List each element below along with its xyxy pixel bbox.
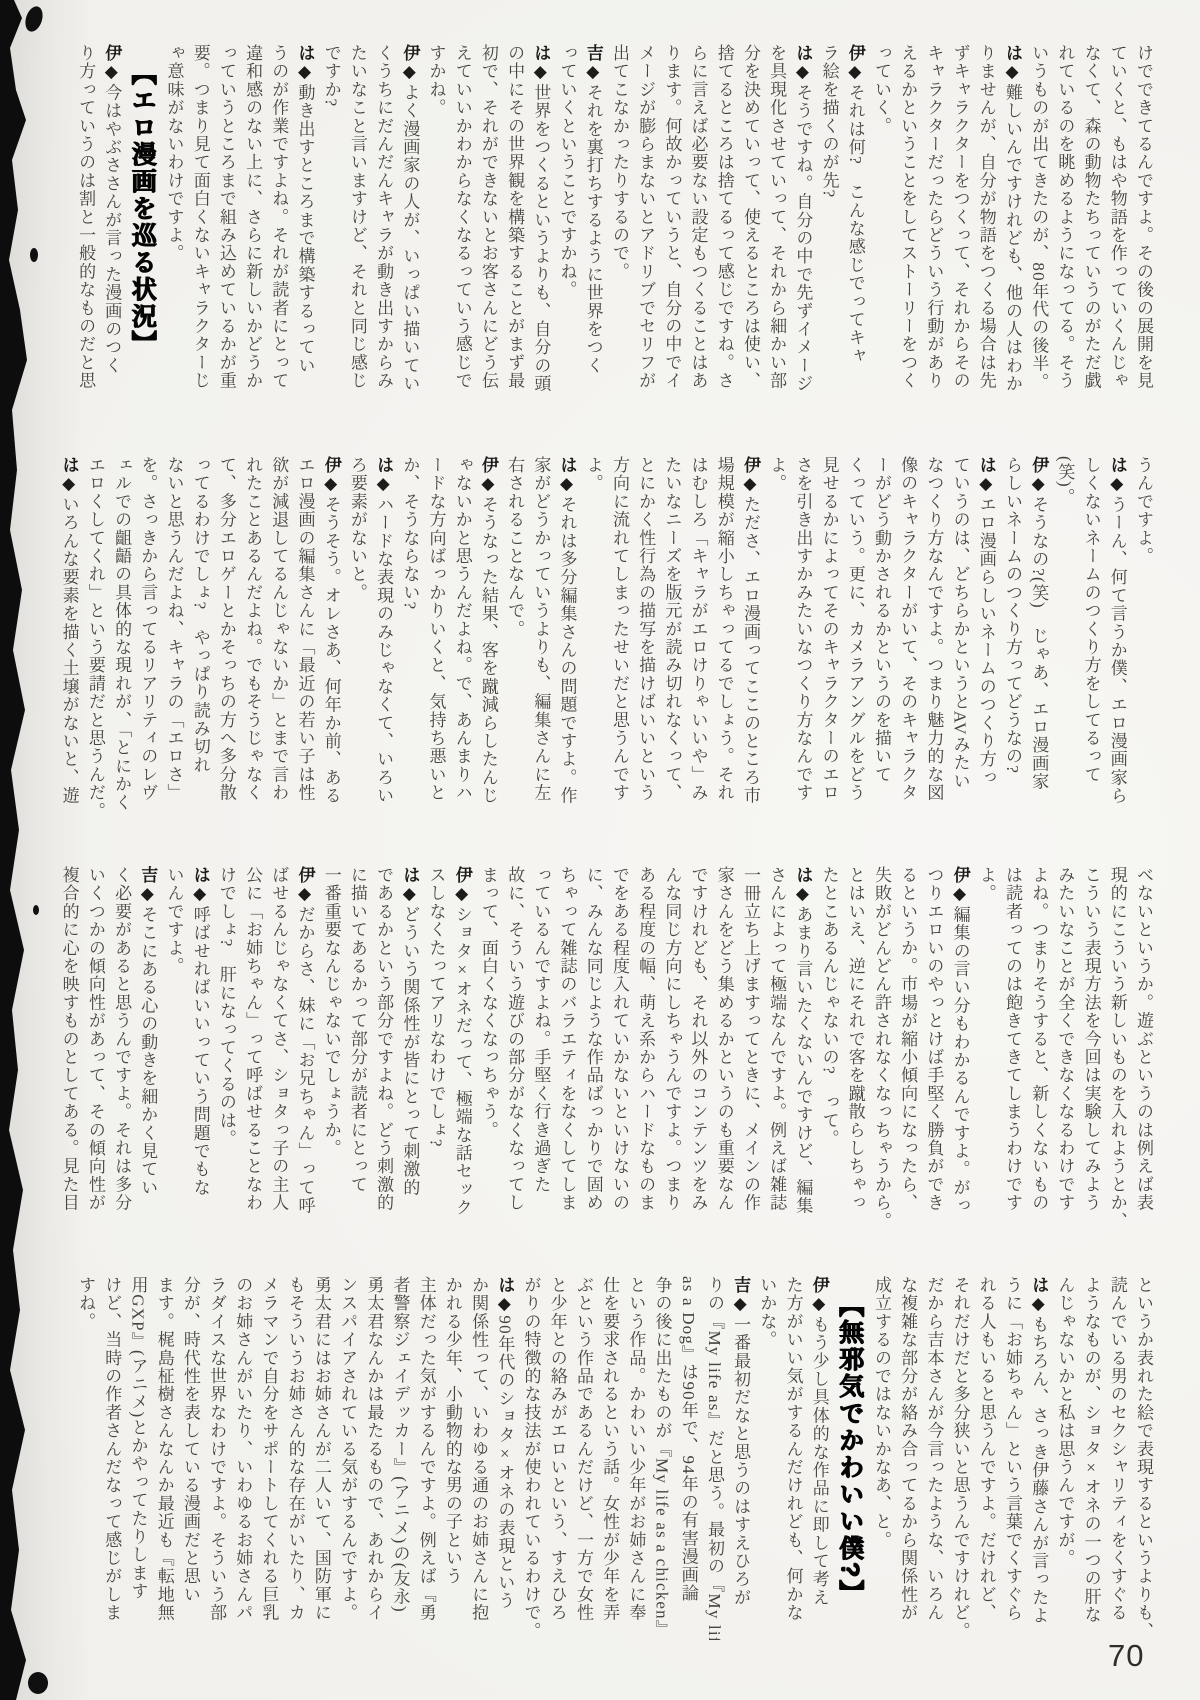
speaker-marker: 伊◆ <box>951 866 970 905</box>
interview-text-band-3: べないというか。遊ぶというのは例えば表現的にこういう新しいものを入れようとか、こ… <box>54 866 1156 1244</box>
text-column: いうものが出てきたのが、80年代の後半。 <box>1025 44 1051 430</box>
text-column: 故に、そういう遊びの部分がなくなってし <box>501 866 527 1244</box>
text-column: 捨てるところは捨てるって感じですね。さ <box>711 44 737 430</box>
text-column: ンスパイアされている気がするんですよ。 <box>334 1276 360 1640</box>
text-column: メラマンで自分をサポートしてくれる巨乳 <box>255 1276 281 1640</box>
text-column: っていくということですかね。 <box>553 44 579 430</box>
page-number: 70 <box>1108 1638 1144 1674</box>
text-column: に、みんな同じような作品ばっかりで固め <box>580 866 606 1244</box>
speaker-marker: 伊◆ <box>846 44 865 83</box>
text-column: エロ漫画の編集さんに「最近の若い子は性 <box>291 456 317 840</box>
text-column: 違和感のない上に、さらに新しいかどうか <box>239 44 265 430</box>
speaker-marker: 吉◆ <box>138 866 157 905</box>
text-column: れたことあるんだよね。でもそうじゃなく <box>239 456 265 840</box>
speaker-marker: 伊◆ <box>400 44 419 83</box>
text-column: であるかという部分ですよね。どう刺激的 <box>370 866 396 1244</box>
text-column: べないというか。遊ぶというのは例えば表 <box>1130 866 1156 1244</box>
interview-text-band-4: というか表れた絵で表現するというよりも、読んでいる男のセクシャリティをくすぐるよ… <box>54 1276 1156 1640</box>
speaker-marker: 伊◆ <box>322 456 341 495</box>
text-column: でをある程度入れていかないといけないの <box>606 866 632 1244</box>
text-column: ぶという作品であるんだけど、一方で女性 <box>570 1276 596 1640</box>
text-column: らに言えば必要ない設定もつくることはあ <box>684 44 710 430</box>
text-column: 伊◆ショタ×オネだって、極端な話セック <box>449 866 475 1244</box>
text-column: く必要があると思うんですよ。それは多分 <box>108 866 134 1244</box>
section-heading: 【無邪気でかわいい僕?】 <box>832 1276 868 1640</box>
speaker-marker: は◆ <box>1108 456 1127 495</box>
speaker-marker: 伊◆ <box>479 456 498 495</box>
speaker-marker: 伊◆ <box>102 44 121 83</box>
text-column: 勇太君にはお姉さんが二人いて、国防軍に <box>308 1276 334 1640</box>
text-column: 伊◆そうなの?(笑) じゃあ、エロ漫画家 <box>1025 456 1051 840</box>
speaker-marker: は◆ <box>191 866 210 905</box>
text-column: を。さっきから言ってるリアリティのレヴ <box>134 456 160 840</box>
text-column: (笑)。 <box>1051 456 1077 840</box>
section-heading: 【エロ漫画を巡る状況】 <box>124 44 160 430</box>
text-column: 伊◆編集の言い分もわかるんですよ。がっ <box>946 866 972 1244</box>
text-column: 見せるかによってそのキャラクターのエロ <box>815 456 841 840</box>
text-column: か、そうならない? <box>396 456 422 840</box>
text-column: ゃないかと思うんだよね。で、あんまりハ <box>449 456 475 840</box>
text-column: 家がどうかっていうよりも、編集さんに左 <box>527 456 553 840</box>
text-column: ーがどう動かされるかというのを描いて <box>868 456 894 840</box>
text-column: 出てこなかったりするので。 <box>606 44 632 430</box>
text-column: くっていう。更に、カメラアングルをどう <box>842 456 868 840</box>
text-column: いくつかの傾向性があって、その傾向性が <box>82 866 108 1244</box>
text-column: うのが作業ですよね。それが読者にとって <box>265 44 291 430</box>
text-column: 伊◆もう少し具体的な作品に即して考え <box>806 1276 832 1640</box>
text-column: がりの特徴的な技法が使われているわけで。 <box>517 1276 543 1640</box>
text-column: 争の後に出たものが『My life as a chicken』 <box>648 1276 674 1640</box>
text-column: れているのを眺めるようになってる。そう <box>1051 44 1077 430</box>
speaker-marker: 吉◆ <box>731 1276 750 1315</box>
text-column: に描いてあるかって部分が読者にとって <box>344 866 370 1244</box>
text-column: りの『My life as』だと思う。最初の『My life <box>701 1276 727 1640</box>
text-column: は◆それは多分編集さんの問題ですよ。作 <box>553 456 579 840</box>
text-column: ゃ意味がないわけですよ。 <box>160 44 186 430</box>
text-column: んじゃないかと私は思うんですが。 <box>1051 1276 1077 1640</box>
text-column: キャラクターだったらどういう行動があり <box>920 44 946 430</box>
text-column: と少年との絡みがエロいという、すえひろ <box>544 1276 570 1640</box>
text-column: 者警察ジェイデッカー』(アニメ)の(友永) <box>386 1276 412 1640</box>
text-column: ていくと、もはや物語を作っていくんじゃ <box>1104 44 1130 430</box>
text-column: ェルでの齟齬の具体的な現れが、「とにかく <box>108 456 134 840</box>
text-column: ですか? <box>318 44 344 430</box>
text-column: 要。つまり見て面白くないキャラクターじ <box>186 44 212 430</box>
text-column: スしなくたってアリなわけでしょ? <box>422 866 448 1244</box>
text-column: て、多分エロゲーとかそっちの方へ多分散 <box>213 456 239 840</box>
text-column: は◆うーん、何て言うか僕、エロ漫画家ら <box>1104 456 1130 840</box>
text-column: 失敗がどんどん許されなくなっちゃうから。 <box>868 866 894 1244</box>
text-column: 方向に流れてしまったせいだと思うんです <box>606 456 632 840</box>
text-column: ってるわけでしょ? やっぱり読み切れ <box>186 456 212 840</box>
text-column: 吉◆一番最初だなと思うのはすえひろが <box>727 1276 753 1640</box>
text-column: けでしょ? 肝になってくるのは。 <box>213 866 239 1244</box>
text-column: よ。 <box>580 456 606 840</box>
text-column: ります。何故かっていうと、自分の中でイ <box>658 44 684 430</box>
text-column: つりエロいのやっとけば手堅く勝負ができ <box>920 866 946 1244</box>
text-column: すかね。 <box>422 44 448 430</box>
text-column: 伊◆今はやぶささんが言った漫画のつく <box>98 44 124 430</box>
text-column: 分が、時代性を表している漫画だと思い <box>177 1276 203 1640</box>
text-column: ばせるんじゃなくてさ、ショタっ子の主人 <box>265 866 291 1244</box>
text-column: エロくしてくれ」という要請だと思うんだ。 <box>82 456 108 840</box>
text-column: は◆世界をつくるというよりも、自分の頭 <box>527 44 553 430</box>
text-column: は◆どういう関係性が皆にとって刺激的 <box>396 866 422 1244</box>
speaker-marker: は◆ <box>1029 1276 1048 1315</box>
ink-blot <box>28 1672 48 1694</box>
scanned-magazine-page: けでできてるんですよ。その後の展開を見ていくと、もはや物語を作っていくんじゃなく… <box>0 0 1200 1700</box>
text-column: りませんが、自分が物語をつくる場合は先 <box>973 44 999 430</box>
text-column: 吉◆それを裏打ちするように世界をつく <box>580 44 606 430</box>
text-column: っているんですよね。手堅く行き過ぎた <box>527 866 553 1244</box>
text-column: ラ絵を描くのが先? <box>815 44 841 430</box>
text-column: を具現化させていって、それから細かい部 <box>763 44 789 430</box>
text-column: よ。 <box>763 456 789 840</box>
text-column: 一番重要なんじゃないでしょうか。 <box>318 866 344 1244</box>
text-column: 現的にこういう新しいものを入れようとか、 <box>1104 866 1130 1244</box>
speaker-marker: 吉◆ <box>584 44 603 83</box>
text-column: まって、面白くなくなっちゃう。 <box>475 866 501 1244</box>
speaker-marker: は◆ <box>793 866 812 905</box>
text-column: たとこあるんじゃないの? って。 <box>815 866 841 1244</box>
text-column: えていいかわからなくなるっていう感じで <box>449 44 475 430</box>
text-column: 伊◆それは何? こんな感じでってキャ <box>842 44 868 430</box>
text-column: よ。 <box>973 866 999 1244</box>
text-column: 欲が減退してるんじゃないか」とまで言わ <box>265 456 291 840</box>
text-column: は◆もちろん、さっき伊藤さんが言ったよ <box>1025 1276 1051 1640</box>
text-column: らしいネームのつくり方ってどうなの? <box>999 456 1025 840</box>
text-column: ようなものが、ショタ×オネの一つの肝な <box>1077 1276 1103 1640</box>
text-column: な複雑な部分が絡み合ってるから関係性が <box>894 1276 920 1640</box>
speaker-marker: 伊◆ <box>810 1276 829 1315</box>
text-column: り方っていうのは割と一般的なものだと思 <box>72 44 98 430</box>
text-column: っていうところまで組み込めているかが重 <box>213 44 239 430</box>
text-column: っていく。 <box>868 44 894 430</box>
text-column: は◆ハードな表現のみじゃなくて、いろい <box>370 456 396 840</box>
speaker-marker: は◆ <box>793 44 812 83</box>
text-column: しくないネームのつくり方をしてるって <box>1077 456 1103 840</box>
scan-edge-artifact <box>0 0 30 1700</box>
text-column: なくて、森の動物たちっていうのがただ戯 <box>1077 44 1103 430</box>
text-column: 伊◆だからさ、妹に「お兄ちゃん」って呼 <box>291 866 317 1244</box>
text-column: の中にその世界観を構築することがまず最 <box>501 44 527 430</box>
text-column: ードな方向ばっかりいくと、気持ち悪いと <box>422 456 448 840</box>
text-column: は◆エロ漫画らしいネームのつくり方っ <box>973 456 999 840</box>
text-column: るというか。市場が縮小傾向になったら、 <box>894 866 920 1244</box>
text-column: かれる少年、小動物的な男の子という <box>439 1276 465 1640</box>
text-column: 主体だった気がするんですよ。例えば『勇 <box>413 1276 439 1640</box>
text-column: さを引き出すかみたいなつくり方なんです <box>789 456 815 840</box>
text-column: は◆いろんな要素を描く土壌がないと、遊 <box>55 456 81 840</box>
speaker-marker: 伊◆ <box>1029 456 1048 495</box>
text-column: んな同じ方向にしちゃうんですよ。つまり <box>658 866 684 1244</box>
text-column: 複合的に心を映すものとしてある。見た目 <box>55 866 81 1244</box>
text-column: ていうのは、どちらかというとAVみたい <box>946 456 972 840</box>
text-column: もそういうお姉さん的な存在がいたり、カ <box>282 1276 308 1640</box>
text-column: こういう表現方法を今回は実験してみよう <box>1077 866 1103 1244</box>
text-column: 分を決めていって、使えるところは使い、 <box>737 44 763 430</box>
text-column: みたいなことが全くできなくなるわけです <box>1051 866 1077 1244</box>
text-column: 公に「お姉ちゃん」って呼ばせることなわ <box>239 866 265 1244</box>
text-column: 勇太君なんかは最たるもので、あれからイ <box>360 1276 386 1640</box>
text-column: ろ要素がないと。 <box>344 456 370 840</box>
text-column: か関係性って、いわゆる通のお姉さんに抱 <box>465 1276 491 1640</box>
text-column: だから吉本さんが今言ったような、いろん <box>920 1276 946 1640</box>
text-column: は◆難しいんですけれども、他の人はわか <box>999 44 1025 430</box>
speaker-marker: は◆ <box>531 44 550 83</box>
text-column: 像のキャラクターがいて、そのキャラクタ <box>894 456 920 840</box>
text-column: なつくり方なんですよ。つまり魅力的な図 <box>920 456 946 840</box>
text-column: た方がいい気がするんだけれども、何かな <box>779 1276 805 1640</box>
text-column: は◆そうですね。自分の中で先ずイメージ <box>789 44 815 430</box>
text-column: とはいえ、逆にそれで客を蹴散らしちゃっ <box>842 866 868 1244</box>
text-column: ある程度の幅、萌え系からハードなものま <box>632 866 658 1244</box>
text-column: は◆呼ばせればいいっていう問題でもな <box>186 866 212 1244</box>
ink-blot <box>33 905 39 915</box>
text-column: as a Dog』は90年で、94年の有害漫画論 <box>675 1276 701 1640</box>
text-column: 場規模が縮小しちゃってるでしょう。それ <box>711 456 737 840</box>
ink-blot <box>22 4 45 34</box>
text-column: くうちにだんだんキャラが動き出すからみ <box>370 44 396 430</box>
text-column: 伊◆そうそう。オレさあ、何年か前、ある <box>318 456 344 840</box>
text-column: よね。つまりそうすると、新しくないもの <box>1025 866 1051 1244</box>
speaker-marker: は◆ <box>558 456 577 495</box>
text-column: れる人もいると思うんですよ。だけれど、 <box>973 1276 999 1640</box>
text-column: は◆動き出すところまで構築するってい <box>291 44 317 430</box>
text-column: 伊◆たださ、エロ漫画ってここのところ市 <box>737 456 763 840</box>
text-column: すね。 <box>72 1276 98 1640</box>
speaker-marker: 伊◆ <box>453 866 472 905</box>
text-column: けど、当時の作者さんだなって感じがしま <box>98 1276 124 1640</box>
speaker-marker: は◆ <box>60 456 79 495</box>
text-column: ないと思うんだよね、キャラの「エロさ」 <box>160 456 186 840</box>
speaker-marker: は◆ <box>374 456 393 495</box>
text-column: 一冊立ち上げますってときに、メインの作 <box>737 866 763 1244</box>
text-column: 読んでいる男のセクシャリティをくすぐる <box>1104 1276 1130 1640</box>
text-column: ます。梶島柾樹さんなんか最近も『転地無 <box>150 1276 176 1640</box>
speaker-marker: 伊◆ <box>741 456 760 495</box>
text-column: 家さんをどう集めるかというのも重要なん <box>711 866 737 1244</box>
text-column: いかな。 <box>753 1276 779 1640</box>
text-column: のお姉さんがいたり、いわゆるお姉さんパ <box>229 1276 255 1640</box>
text-column: たいなこと言いますけど、それと同じ感じ <box>344 44 370 430</box>
interview-text-band-1: けでできてるんですよ。その後の展開を見ていくと、もはや物語を作っていくんじゃなく… <box>54 44 1156 430</box>
text-column: 用GXP』(アニメ)とかやってたりします <box>124 1276 150 1640</box>
text-column: メージが膨らまないとアドリブでセリフが <box>632 44 658 430</box>
text-column: 初で、それができないとお客さんにどう伝 <box>475 44 501 430</box>
text-column: さんによって極端なんですよ。例えば雑誌 <box>763 866 789 1244</box>
text-column: ですけれども、それ以外のコンテンツをみ <box>684 866 710 1244</box>
text-column: 吉◆そこにある心の動きを細かく見てい <box>134 866 160 1244</box>
text-column: 伊◆そうなった結果、客を蹴減らしたんじ <box>475 456 501 840</box>
speaker-marker: は◆ <box>400 866 419 905</box>
text-column: いんですよ。 <box>160 866 186 1244</box>
text-column: 右されることなんで。 <box>501 456 527 840</box>
text-column: はむしろ「キャラがエロけりゃいいや」み <box>684 456 710 840</box>
speaker-marker: 伊◆ <box>296 866 315 905</box>
text-column: けでできてるんですよ。その後の展開を見 <box>1130 44 1156 430</box>
speaker-marker: は◆ <box>977 456 996 495</box>
text-column: ずキャラクターをつくって、それからその <box>946 44 972 430</box>
text-column: うんですよ。 <box>1130 456 1156 840</box>
text-column: という作品。かわいい少年がお姉さんに奉 <box>622 1276 648 1640</box>
speaker-marker: は◆ <box>1003 44 1022 83</box>
text-column: ちゃって雑誌のバラエティをなくしてしま <box>553 866 579 1244</box>
ink-blot <box>30 248 38 262</box>
text-column: とにかく性行為の描写を描けばいいという <box>632 456 658 840</box>
speaker-marker: は◆ <box>296 44 315 83</box>
interview-text-band-2: うんですよ。は◆うーん、何て言うか僕、エロ漫画家らしくないネームのつくり方をして… <box>54 456 1156 840</box>
text-column: は読者ってのは飽きてきてしまうわけです <box>999 866 1025 1244</box>
text-column: 伊◆よく漫画家の人が、いっぱい描いてい <box>396 44 422 430</box>
speaker-marker: は◆ <box>495 1276 514 1315</box>
text-column: たいなニーズを版元が読み切れなくって、 <box>658 456 684 840</box>
text-column: というか表れた絵で表現するというよりも、 <box>1130 1276 1156 1640</box>
text-column: それだけだと多分狭いと思うんですけれど。 <box>946 1276 972 1640</box>
text-column: 仕を要求されるという話。女性が少年を弄 <box>596 1276 622 1640</box>
text-column: えるかということをしてストーリーをつく <box>894 44 920 430</box>
text-column: は◆あまり言いたくないんですけど、編集 <box>789 866 815 1244</box>
text-column: 成立するのではないかなあ、と。 <box>868 1276 894 1640</box>
text-column: うに「お姉ちゃん」という言葉でくすぐら <box>999 1276 1025 1640</box>
text-column: ラダイスな世界なわけですよ。そういう部 <box>203 1276 229 1640</box>
text-column: は◆90年代のショタ×オネの表現という <box>491 1276 517 1640</box>
